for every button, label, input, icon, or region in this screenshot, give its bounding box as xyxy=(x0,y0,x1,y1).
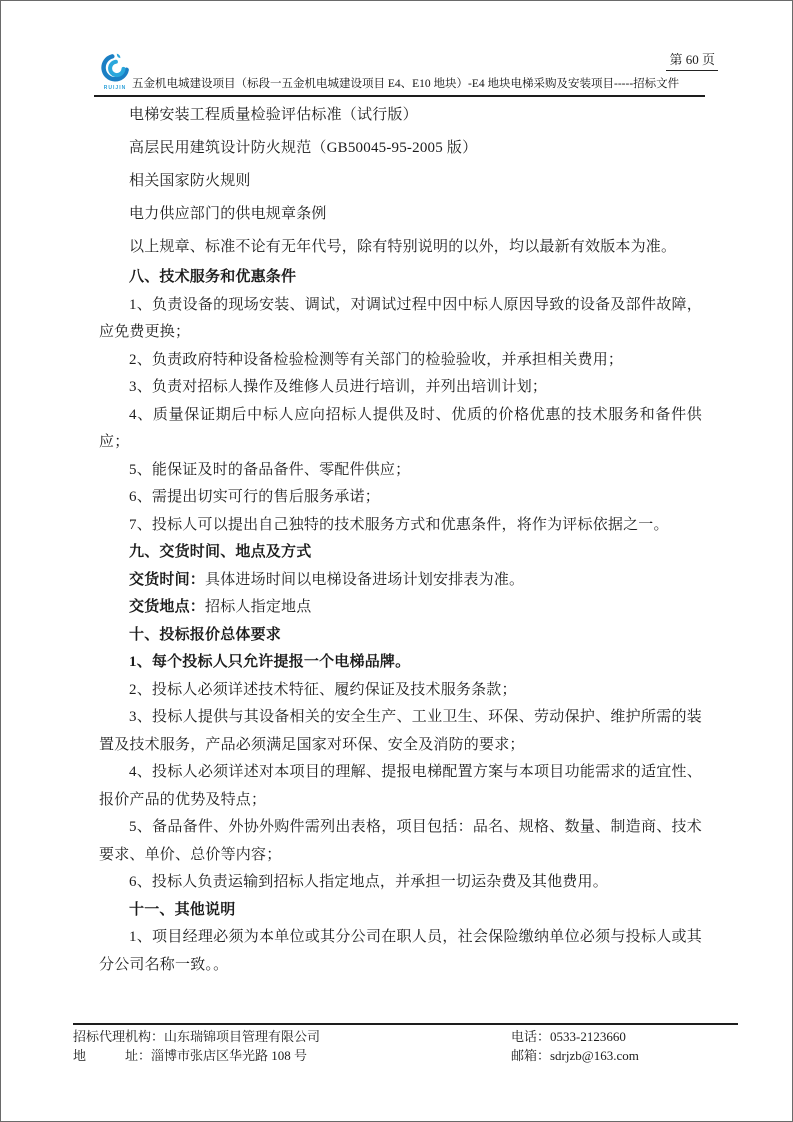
paragraph: 7、投标人可以提出自己独特的技术服务方式和优惠条件，将作为评标依据之一。 xyxy=(99,512,702,540)
paragraph: 相关国家防火规则 xyxy=(99,165,702,198)
footer-agency: 招标代理机构：山东瑞锦项目管理有限公司 xyxy=(73,1028,511,1047)
header-divider xyxy=(94,95,705,97)
paragraph: 高层民用建筑设计防火规范（GB50045-95-2005 版） xyxy=(99,132,702,165)
paragraph: 电梯安装工程质量检验评估标准（试行版） xyxy=(99,99,702,132)
footer-address: 地 址：淄博市张店区华光路 108 号 xyxy=(73,1047,511,1066)
document-body: 电梯安装工程质量检验评估标准（试行版）高层民用建筑设计防火规范（GB50045-… xyxy=(99,99,702,979)
paragraph: 2、负责政府特种设备检验检测等有关部门的检验验收，并承担相关费用； xyxy=(99,347,702,375)
footer-phone: 电话：0533-2123660 xyxy=(511,1028,738,1047)
paragraph: 4、质量保证期后中标人应向招标人提供及时、优质的价格优惠的技术服务和备件供应； xyxy=(99,402,702,457)
paragraph-label: 交货地点： xyxy=(129,599,205,615)
paragraph: 交货地点：招标人指定地点 xyxy=(99,594,702,622)
document-page: RUIJIN 第 60 页 五金机电城建设项目（标段一五金机电城建设项目 E4、… xyxy=(0,0,793,1122)
header-project-title: 五金机电城建设项目（标段一五金机电城建设项目 E4、E10 地块）-E4 地块电… xyxy=(132,77,707,91)
section-heading: 1、每个投标人只允许提报一个电梯品牌。 xyxy=(99,649,702,677)
paragraph: 5、备品备件、外协外购件需列出表格，项目包括：品名、规格、数量、制造商、技术要求… xyxy=(99,814,702,869)
paragraph: 4、投标人必须详述对本项目的理解、提报电梯配置方案与本项目功能需求的适宜性、报价… xyxy=(99,759,702,814)
paragraph: 6、投标人负责运输到招标人指定地点，并承担一切运杂费及其他费用。 xyxy=(99,869,702,897)
paragraph: 以上规章、标准不论有无年代号，除有特别说明的以外，均以最新有效版本为准。 xyxy=(99,231,702,264)
footer-row-agency: 招标代理机构：山东瑞锦项目管理有限公司 电话：0533-2123660 xyxy=(73,1028,738,1047)
section-heading: 十一、其他说明 xyxy=(99,897,702,925)
logo-caption-text: RUIJIN xyxy=(95,85,135,91)
paragraph: 5、能保证及时的备品备件、零配件供应； xyxy=(99,457,702,485)
page-footer: 招标代理机构：山东瑞锦项目管理有限公司 电话：0533-2123660 地 址：… xyxy=(73,1028,738,1065)
footer-divider xyxy=(73,1023,738,1025)
paragraph: 3、负责对招标人操作及维修人员进行培训，并列出培训计划； xyxy=(99,374,702,402)
paragraph-label: 交货时间： xyxy=(129,572,205,588)
company-logo: RUIJIN xyxy=(95,51,135,91)
paragraph: 1、项目经理必须为本单位或其分公司在职人员，社会保险缴纳单位必须与投标人或其分公… xyxy=(99,924,702,979)
section-heading: 十、投标报价总体要求 xyxy=(99,622,702,650)
logo-swirl-icon xyxy=(97,51,133,85)
section-heading: 八、技术服务和优惠条件 xyxy=(99,264,702,292)
paragraph: 交货时间：具体进场时间以电梯设备进场计划安排表为准。 xyxy=(99,567,702,595)
footer-row-address: 地 址：淄博市张店区华光路 108 号 邮箱：sdrjzb@163.com xyxy=(73,1047,738,1066)
paragraph: 2、投标人必须详述技术特征、履约保证及技术服务条款； xyxy=(99,677,702,705)
page-number: 第 60 页 xyxy=(666,51,718,71)
section-heading: 九、交货时间、地点及方式 xyxy=(99,539,702,567)
paragraph: 6、需提出切实可行的售后服务承诺； xyxy=(99,484,702,512)
paragraph: 1、负责设备的现场安装、调试，对调试过程中因中标人原因导致的设备及部件故障，应免… xyxy=(99,292,702,347)
paragraph: 电力供应部门的供电规章条例 xyxy=(99,198,702,231)
paragraph: 3、投标人提供与其设备相关的安全生产、工业卫生、环保、劳动保护、维护所需的装置及… xyxy=(99,704,702,759)
footer-email: 邮箱：sdrjzb@163.com xyxy=(511,1047,738,1066)
